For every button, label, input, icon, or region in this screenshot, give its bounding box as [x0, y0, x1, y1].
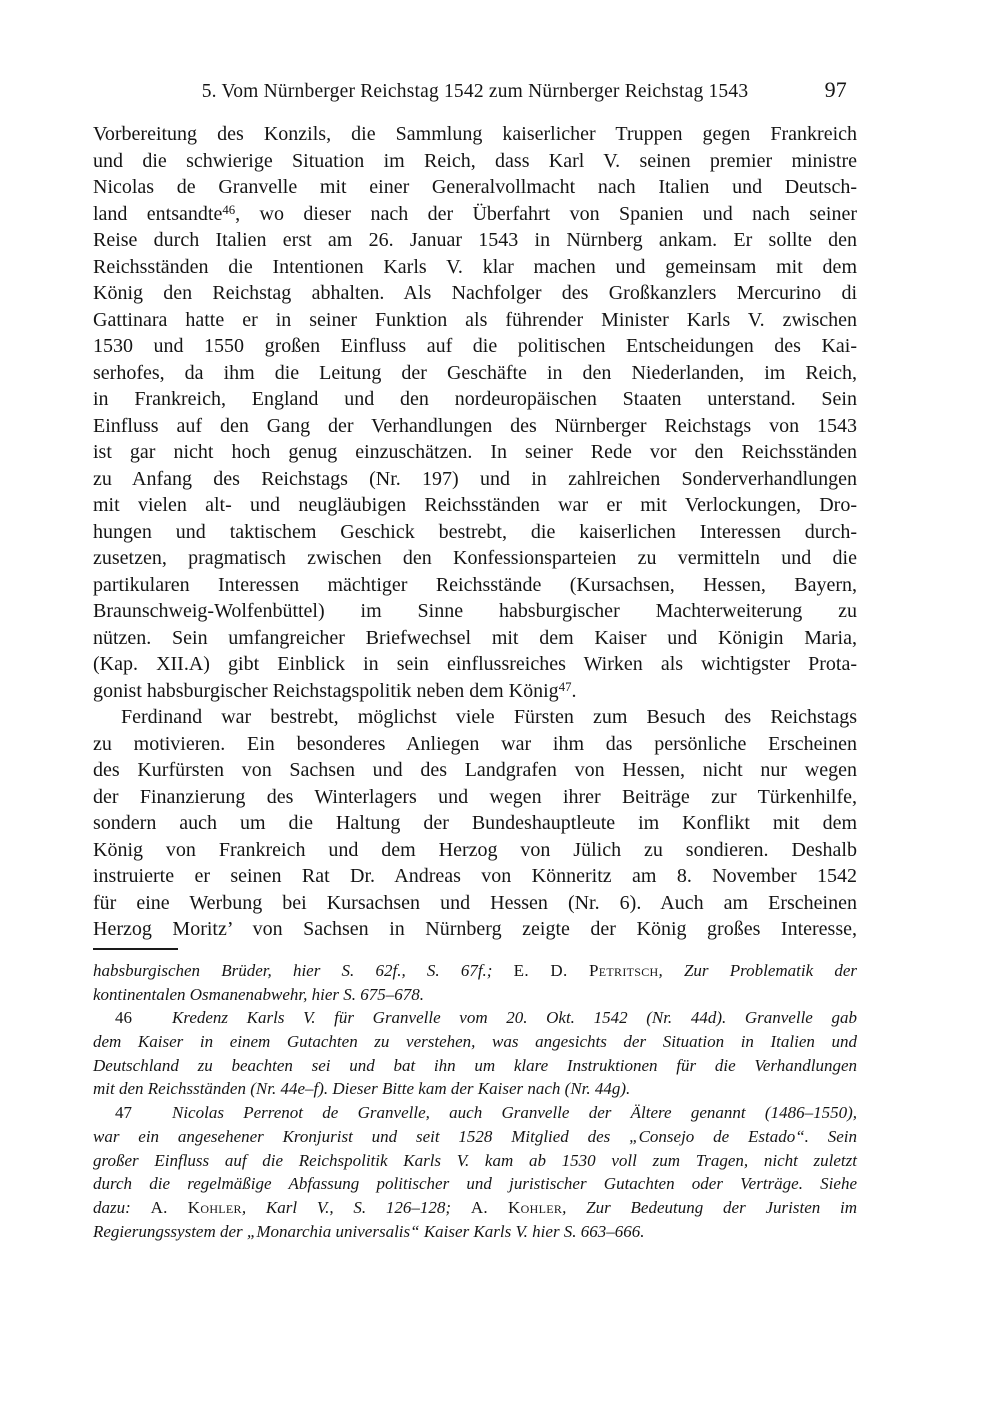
text-run: instruierte er seinen Rat Dr. Andreas vo… — [93, 865, 857, 887]
text-line: und die schwierige Situation im Reich, d… — [93, 148, 857, 175]
text-run: Regierungssystem der „Monarchia universa… — [93, 1222, 645, 1241]
text-line: durch die regelmäßige Abfassung politisc… — [93, 1172, 857, 1196]
text-line: kontinentalen Osmanenabwehr, hier S. 675… — [93, 983, 857, 1007]
text-line: serhofes, da ihm die Leitung der Geschäf… — [93, 360, 857, 387]
smallcaps-name: A. Kohler — [471, 1198, 562, 1217]
text-line: habsburgischen Brüder, hier S. 62f., S. … — [93, 959, 857, 983]
text-line: in Frankreich, England und den nordeurop… — [93, 386, 857, 413]
footnotes: habsburgischen Brüder, hier S. 62f., S. … — [93, 959, 857, 1243]
text-line: ist gar nicht hoch genug einzuschätzen. … — [93, 439, 857, 466]
text-line: hungen und taktischem Geschick bestrebt,… — [93, 519, 857, 546]
text-run: nützen. Sein umfangreicher Briefwechsel … — [93, 627, 857, 649]
text-run: zusetzen, pragmatisch zwischen den Konfe… — [93, 547, 857, 569]
body-text: Vorbereitung des Konzils, die Sammlung k… — [93, 121, 857, 943]
text-run: Gattinara hatte er in seiner Funktion al… — [93, 309, 857, 331]
text-line: Reise durch Italien erst am 26. Januar 1… — [93, 227, 857, 254]
text-line: gonist habsburgischer Reichstagspolitik … — [93, 678, 857, 705]
footnote-marker: 47 — [559, 680, 572, 694]
text-run: und die schwierige Situation im Reich, d… — [93, 150, 857, 172]
text-line: Regierungssystem der „Monarchia universa… — [93, 1220, 857, 1244]
text-line: land entsandte46, wo dieser nach der Übe… — [93, 201, 857, 228]
text-run: zu Anfang des Reichstags (Nr. 197) und i… — [93, 468, 857, 490]
text-run: zu motivieren. Ein besonderes Anliegen w… — [93, 733, 857, 755]
text-run: Vorbereitung des Konzils, die Sammlung k… — [93, 123, 857, 145]
text-run: mit vielen alt- und neugläubigen Reichss… — [93, 494, 857, 516]
text-run: Kredenz Karls V. für Granvelle vom 20. O… — [172, 1008, 857, 1027]
text-line: sondern auch um die Haltung der Bundesha… — [93, 810, 857, 837]
text-run: kontinentalen Osmanenabwehr, hier S. 675… — [93, 985, 424, 1004]
text-line: König von Frankreich und dem Herzog von … — [93, 837, 857, 864]
text-line: partikularen Interessen mächtiger Reichs… — [93, 572, 857, 599]
text-line: mit den Reichsständen (Nr. 44e–f). Diese… — [93, 1077, 857, 1101]
running-head: 5. Vom Nürnberger Reichstag 1542 zum Nür… — [93, 79, 857, 105]
text-run: Nicolas Perrenot de Granvelle, auch Gran… — [172, 1103, 857, 1122]
text-line: Deutschland zu beachten sei und bat ihn … — [93, 1054, 857, 1078]
text-line: zu Anfang des Reichstags (Nr. 197) und i… — [93, 466, 857, 493]
text-run: für eine Werbung bei Kursachsen und Hess… — [93, 892, 857, 914]
text-line: der Finanzierung des Winterlagers und we… — [93, 784, 857, 811]
text-run: dem Kaiser in einem Gutachten zu versteh… — [93, 1032, 857, 1051]
text-line: zusetzen, pragmatisch zwischen den Konfe… — [93, 545, 857, 572]
text-run: partikularen Interessen mächtiger Reichs… — [93, 574, 857, 596]
text-run: ist gar nicht hoch genug einzuschätzen. … — [93, 441, 857, 463]
text-run: . — [571, 680, 576, 702]
text-run: Braunschweig-Wolfenbüttel) im Sinne habs… — [93, 600, 857, 622]
text-run: , Zur Problematik der — [659, 961, 857, 980]
footnote-separator — [93, 948, 178, 950]
text-line: Braunschweig-Wolfenbüttel) im Sinne habs… — [93, 598, 857, 625]
page-header: 5. Vom Nürnberger Reichstag 1542 zum Nür… — [93, 79, 857, 107]
text-run: Ferdinand war bestrebt, möglichst viele … — [121, 706, 857, 728]
text-line: 47Nicolas Perrenot de Granvelle, auch Gr… — [93, 1101, 857, 1125]
text-run: , Karl V., S. 126–128; — [242, 1198, 471, 1217]
text-run: des Kurfürsten von Sachsen und des Landg… — [93, 759, 857, 781]
text-run: Deutschland zu beachten sei und bat ihn … — [93, 1056, 857, 1075]
text-run: war ein angesehener Kronjurist und seit … — [93, 1127, 857, 1146]
text-run: sondern auch um die Haltung der Bundesha… — [93, 812, 857, 834]
text-run: dazu: — [93, 1198, 151, 1217]
text-run: , wo dieser nach der Überfahrt von Spani… — [235, 203, 857, 225]
text-run: Nicolas de Granvelle mit einer Generalvo… — [93, 176, 857, 198]
text-run: mit den Reichsständen (Nr. 44e–f). Diese… — [93, 1079, 630, 1098]
text-run: Reise durch Italien erst am 26. Januar 1… — [93, 229, 857, 251]
text-line: instruierte er seinen Rat Dr. Andreas vo… — [93, 863, 857, 890]
book-page: 5. Vom Nürnberger Reichstag 1542 zum Nür… — [0, 0, 1004, 1418]
text-line: 46Kredenz Karls V. für Granvelle vom 20.… — [93, 1006, 857, 1030]
text-run: Reichsständen die Intentionen Karls V. k… — [93, 256, 857, 278]
text-line: (Kap. XII.A) gibt Einblick in sein einfl… — [93, 651, 857, 678]
text-line: Gattinara hatte er in seiner Funktion al… — [93, 307, 857, 334]
text-run: serhofes, da ihm die Leitung der Geschäf… — [93, 362, 857, 384]
text-line: dazu: A. Kohler, Karl V., S. 126–128; A.… — [93, 1196, 857, 1220]
footnote-number: 47 — [115, 1103, 132, 1122]
text-line: Reichsständen die Intentionen Karls V. k… — [93, 254, 857, 281]
text-line: zu motivieren. Ein besonderes Anliegen w… — [93, 731, 857, 758]
page-number: 97 — [825, 77, 847, 103]
text-run: gonist habsburgischer Reichstagspolitik … — [93, 680, 559, 702]
text-run: Herzog Moritz’ von Sachsen in Nürnberg z… — [93, 918, 857, 940]
smallcaps-name: E. D. Petritsch — [514, 961, 659, 980]
text-line: großer Einfluss auf die Reichspolitik Ka… — [93, 1149, 857, 1173]
text-run: habsburgischen Brüder, hier S. 62f., S. … — [93, 961, 514, 980]
text-run: König von Frankreich und dem Herzog von … — [93, 839, 857, 861]
text-run: der Finanzierung des Winterlagers und we… — [93, 786, 857, 808]
text-run: 1530 und 1550 großen Einfluss auf die po… — [93, 335, 857, 357]
text-run: , Zur Bedeutung der Juristen im — [562, 1198, 857, 1217]
text-line: dem Kaiser in einem Gutachten zu versteh… — [93, 1030, 857, 1054]
text-run: großer Einfluss auf die Reichspolitik Ka… — [93, 1151, 857, 1170]
text-line: nützen. Sein umfangreicher Briefwechsel … — [93, 625, 857, 652]
text-line: 1530 und 1550 großen Einfluss auf die po… — [93, 333, 857, 360]
text-line: Ferdinand war bestrebt, möglichst viele … — [93, 704, 857, 731]
text-line: mit vielen alt- und neugläubigen Reichss… — [93, 492, 857, 519]
footnote-marker: 46 — [222, 203, 235, 217]
text-line: Vorbereitung des Konzils, die Sammlung k… — [93, 121, 857, 148]
text-run: land entsandte — [93, 203, 222, 225]
text-line: Einfluss auf den Gang der Verhandlungen … — [93, 413, 857, 440]
text-line: des Kurfürsten von Sachsen und des Landg… — [93, 757, 857, 784]
text-run: in Frankreich, England und den nordeurop… — [93, 388, 857, 410]
text-line: König den Reichstag abhalten. Als Nachfo… — [93, 280, 857, 307]
text-line: Nicolas de Granvelle mit einer Generalvo… — [93, 174, 857, 201]
text-run: hungen und taktischem Geschick bestrebt,… — [93, 521, 857, 543]
text-line: war ein angesehener Kronjurist und seit … — [93, 1125, 857, 1149]
text-run: durch die regelmäßige Abfassung politisc… — [93, 1174, 857, 1193]
smallcaps-name: A. Kohler — [151, 1198, 242, 1217]
text-line: für eine Werbung bei Kursachsen und Hess… — [93, 890, 857, 917]
footnote-number: 46 — [115, 1008, 132, 1027]
text-run: (Kap. XII.A) gibt Einblick in sein einfl… — [93, 653, 857, 675]
text-run: Einfluss auf den Gang der Verhandlungen … — [93, 415, 857, 437]
text-line: Herzog Moritz’ von Sachsen in Nürnberg z… — [93, 916, 857, 943]
text-run: König den Reichstag abhalten. Als Nachfo… — [93, 282, 857, 304]
